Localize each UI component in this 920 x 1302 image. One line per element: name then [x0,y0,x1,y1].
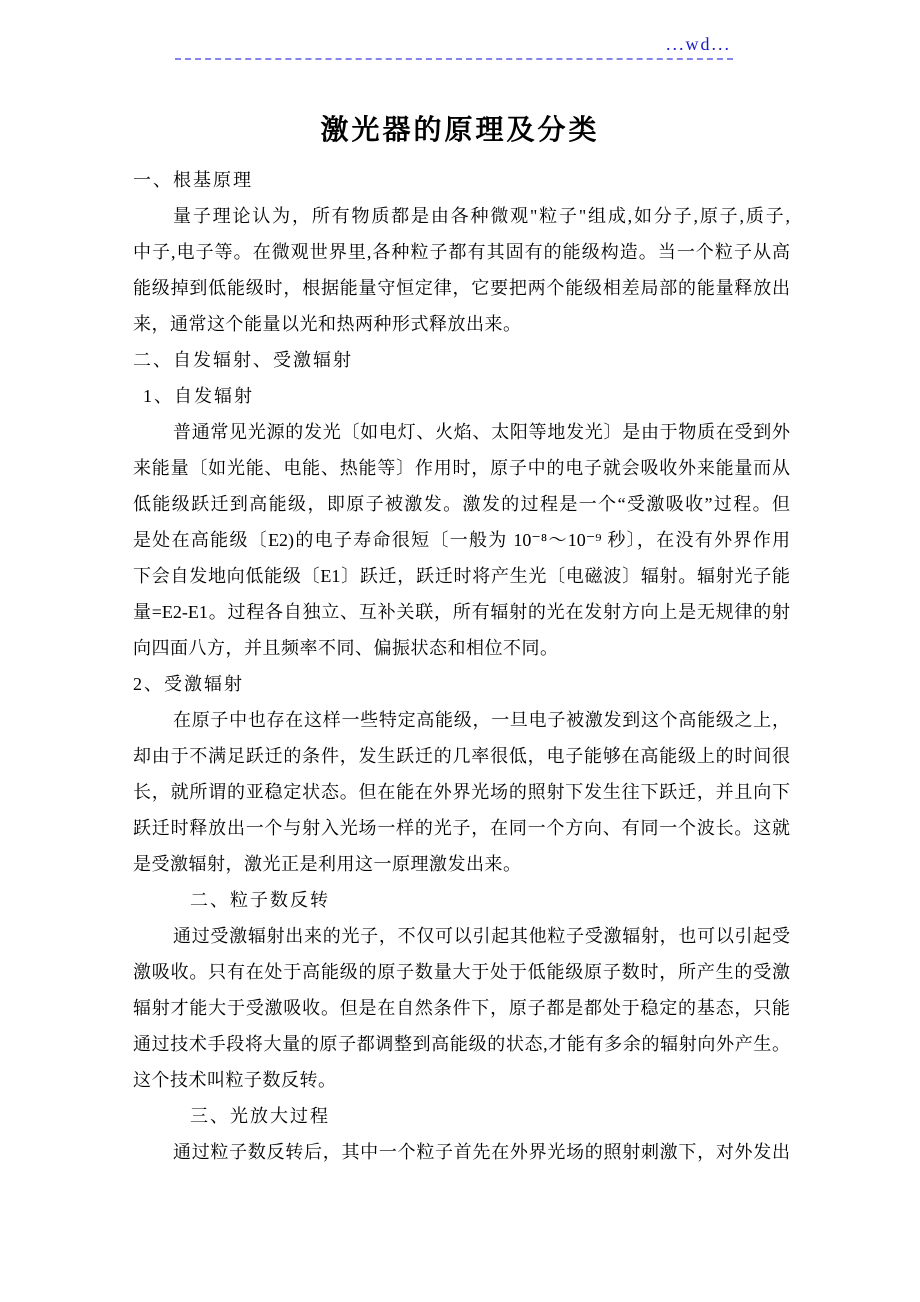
heading-line: 1、自发辐射 [133,378,790,414]
text-line: 跃迁时释放出一个与射入光场一样的光子，在同一个方向、有同一个波长。这就 [133,810,790,846]
heading-line: 二、自发辐射、受激辐射 [133,342,790,378]
text-line: 通过技术手段将大量的原子都调整到高能级的状态,才能有多余的辐射向外产生。 [133,1026,790,1062]
text-line: 能级掉到低能级时，根据能量守恒定律，它要把两个能级相差局部的能量释放出 [133,270,790,306]
text-line: 却由于不满足跃迁的条件，发生跃迁的几率很低，电子能够在高能级上的时间很 [133,738,790,774]
heading-line: 二、粒子数反转 [133,882,790,918]
text-line: 通过受激辐射出来的光子，不仅可以引起其他粒子受激辐射，也可以引起受 [133,918,790,954]
text-line: 低能级跃迁到高能级，即原子被激发。激发的过程是一个“受激吸收”过程。但 [133,486,790,522]
text-line: 中子,电子等。在微观世界里,各种粒子都有其固有的能级构造。当一个粒子从高 [133,234,790,270]
document-title: 激光器的原理及分类 [0,108,920,148]
text-line: 是受激辐射，激光正是利用这一原理激发出来。 [133,846,790,882]
text-line: 长，就所谓的亚稳定状态。但在能在外界光场的照射下发生往下跃迁，并且向下 [133,774,790,810]
text-line: 这个技术叫粒子数反转。 [133,1062,790,1098]
heading-line: 一、根基原理 [133,162,790,198]
header-dashed-rule: ...wd... [175,34,733,60]
text-line: 普通常见光源的发光〔如电灯、火焰、太阳等地发光〕是由于物质在受到外 [133,414,790,450]
text-line: 来，通常这个能量以光和热两种形式释放出来。 [133,306,790,342]
text-line: 量子理论认为，所有物质都是由各种微观"粒子"组成,如分子,原子,质子, [133,198,790,234]
text-line: 辐射才能大于受激吸收。但是在自然条件下，原子都是都处于稳定的基态，只能 [133,990,790,1026]
heading-line: 三、光放大过程 [133,1098,790,1134]
text-line: 通过粒子数反转后，其中一个粒子首先在外界光场的照射刺激下，对外发出 [133,1134,790,1170]
text-line: 下会自发地向低能级〔E1〕跃迁，跃迁时将产生光〔电磁波〕辐射。辐射光子能 [133,558,790,594]
text-line: 量=E2-E1。过程各自独立、互补关联，所有辐射的光在发射方向上是无规律的射 [133,594,790,630]
text-line: 来能量〔如光能、电能、热能等〕作用时，原子中的电子就会吸收外来能量而从 [133,450,790,486]
text-line: 在原子中也存在这样一些特定高能级，一旦电子被激发到这个高能级之上， [133,702,790,738]
document-body: 一、根基原理 量子理论认为，所有物质都是由各种微观"粒子"组成,如分子,原子,质… [133,162,790,1170]
header-watermark: ...wd... [666,34,731,54]
text-line: 向四面八方，并且频率不同、偏振状态和相位不同。 [133,630,790,666]
text-line: 激吸收。只有在处于高能级的原子数量大于处于低能级原子数时，所产生的受激 [133,954,790,990]
text-line: 是处在高能级〔E2)的电子寿命很短〔一般为 10⁻⁸～10⁻⁹ 秒〕，在没有外界… [133,522,790,558]
heading-line: 2、受激辐射 [133,666,790,702]
document-page: ...wd... 激光器的原理及分类 一、根基原理 量子理论认为，所有物质都是由… [0,0,920,1302]
